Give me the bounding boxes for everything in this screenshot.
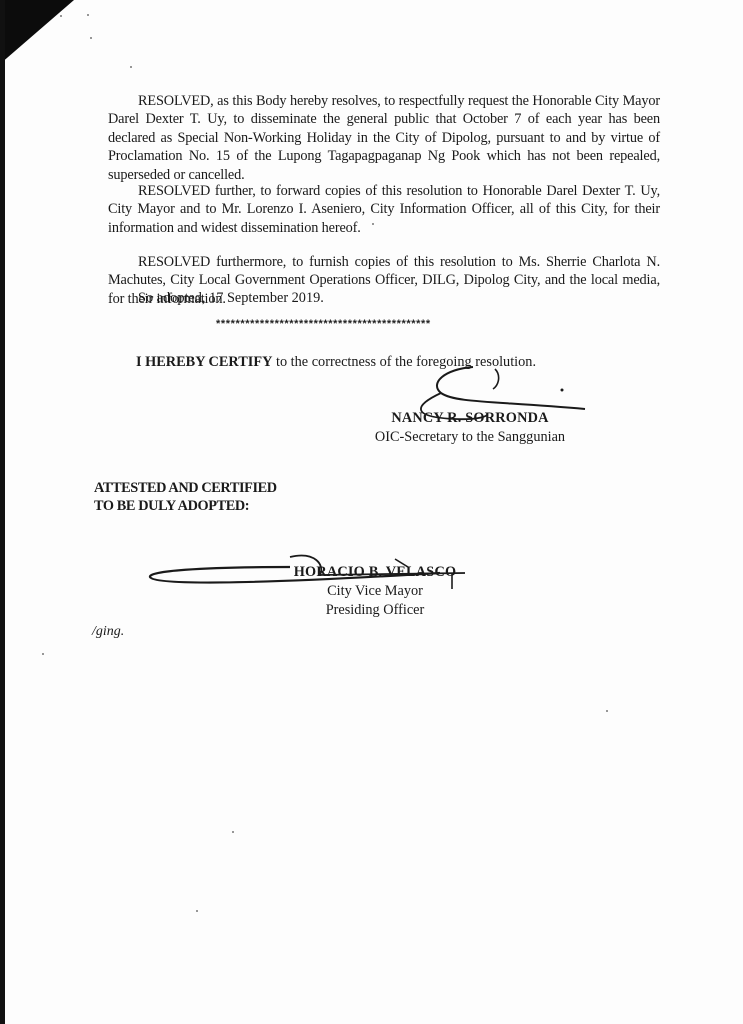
presiding-officer-title-2: Presiding Officer — [285, 601, 465, 620]
secretary-signature-block: NANCY R. SORRONDA OIC-Secretary to the S… — [365, 409, 575, 447]
scan-speck — [87, 14, 89, 16]
scanned-document-page: RESOLVED, as this Body hereby resolves, … — [0, 0, 743, 1024]
presiding-officer-signature-block: HORACIO B. VELASCO City Vice Mayor Presi… — [285, 563, 465, 620]
scan-speck — [232, 831, 234, 833]
attestation-line-1: ATTESTED AND CERTIFIED — [94, 479, 277, 497]
resolution-paragraph-1: RESOLVED, as this Body hereby resolves, … — [108, 92, 660, 184]
typist-initials: /ging. — [92, 624, 124, 640]
scan-speck — [60, 15, 62, 17]
scan-corner-shadow — [0, 0, 74, 64]
scan-speck — [42, 653, 44, 655]
scan-speck — [606, 710, 608, 712]
asterisk-separator: ****************************************… — [216, 318, 431, 330]
resolution-paragraph-2: RESOLVED further, to forward copies of t… — [108, 182, 660, 237]
presiding-officer-name: HORACIO B. VELASCO — [285, 563, 465, 582]
scan-left-edge — [0, 0, 5, 1024]
certification-lead: I HEREBY CERTIFY — [136, 354, 272, 370]
scan-speck — [196, 910, 198, 912]
attestation-heading: ATTESTED AND CERTIFIED TO BE DULY ADOPTE… — [94, 479, 277, 515]
secretary-title: OIC-Secretary to the Sanggunian — [365, 428, 575, 447]
attestation-line-2: TO BE DULY ADOPTED: — [94, 497, 277, 515]
presiding-officer-title-1: City Vice Mayor — [285, 582, 465, 601]
adoption-date-line: So adopted, 17 September 2019. — [138, 290, 324, 307]
scan-speck — [90, 37, 92, 39]
scan-speck — [130, 66, 132, 68]
secretary-name: NANCY R. SORRONDA — [365, 409, 575, 428]
